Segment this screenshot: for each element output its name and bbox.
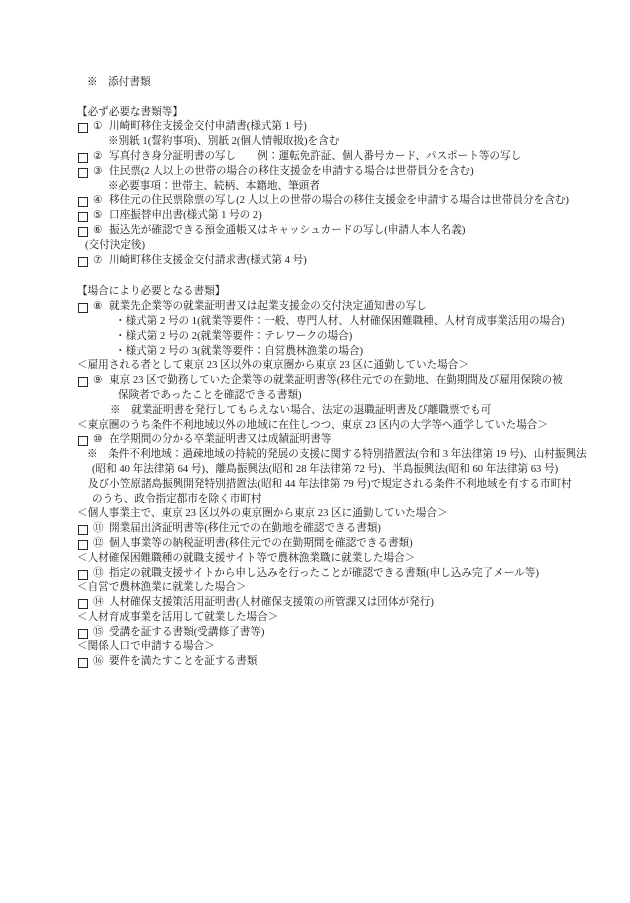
blank-line <box>77 91 587 106</box>
item-text: 要件を満たすことを証する書類 <box>109 656 257 667</box>
item-number: ③ <box>93 165 103 180</box>
item-number: ⑨ <box>93 374 103 389</box>
item-continuation: ※必要事項：世帯主、続柄、本籍地、筆頭者 <box>77 180 587 195</box>
item-number: ⑮ <box>93 626 104 641</box>
item-text: 指定の就職支援サイトから申し込みを行ったことが確認できる書類(申し込み完了メール… <box>109 568 539 579</box>
item-text: 人材確保支援策活用証明書(人材確保支援策の所管課又は団体が発行) <box>109 597 434 608</box>
item-number: ⑫ <box>93 537 104 552</box>
form-variant-bullet: ・様式第 2 号の 3(就業等要件：自営農林漁業の場合) <box>77 345 587 360</box>
note-line: ※ 添付書類 <box>77 76 587 91</box>
item-note: ※ 就業証明書を発行してもらえない場合、法定の退職証明書及び離職票でも可 <box>77 404 587 419</box>
note-continuation: (昭和 40 年法律第 64 号)、離島振興法(昭和 28 年法律第 72 号)… <box>77 463 587 478</box>
note-continuation: 及び小笠原諸島振興開発特別措置法(昭和 44 年法律第 79 号)で規定される条… <box>77 478 587 493</box>
checkbox[interactable] <box>78 197 88 207</box>
checkbox[interactable] <box>78 570 88 580</box>
item-text: 振込先が確認できる預金通帳又はキャッシュカードの写し(申請人本人名義) <box>109 225 465 236</box>
item-text: 開業届出済証明書等(移住元での在勤地を確認できる書類) <box>109 523 381 534</box>
item-text: 川崎町移住支援金交付請求書(様式第 4 号) <box>109 255 307 266</box>
item-text: 就業先企業等の就業証明書又は起業支援金の交付決定通知書の写し <box>109 301 427 312</box>
item-continuation: ※別紙 1(誓約事項)、別紙 2(個人情報取扱)を含む <box>77 135 587 150</box>
item-number: ⑭ <box>93 596 104 611</box>
item-number: ② <box>93 150 103 165</box>
item-number: ⑬ <box>93 567 104 582</box>
form-variant-bullet: ・様式第 2 号の 1(就業等要件：一般、専門人材、人材確保困難職種、人材育成事… <box>77 315 587 330</box>
item-annotation: (交付決定後) <box>77 239 587 254</box>
condition-heading: ＜東京圏のうち条件不利地域以外の地域に在住しつつ、東京 23 区内の大学等へ通学… <box>77 419 587 434</box>
checkbox[interactable] <box>78 377 88 387</box>
checklist-item: ③住民票(2 人以上の世帯の場合の移住支援金を申請する場合は世帯員分を含む) <box>77 165 587 180</box>
checklist-item: ⑭人材確保支援策活用証明書(人材確保支援策の所管課又は団体が発行) <box>77 596 587 611</box>
condition-heading: ＜人材育成事業を活用して就業した場合＞ <box>77 611 587 626</box>
item-number: ⑥ <box>93 224 103 239</box>
section-header: 【場合により必要となる書類】 <box>77 285 587 300</box>
checklist-item: ①川崎町移住支援金交付申請書(様式第 1 号) <box>77 120 587 135</box>
blank-line <box>77 268 587 285</box>
item-text: 写真付き身分証明書の写し 例：運転免許証、個人番号カード、パスポート等の写し <box>109 151 521 162</box>
checkbox[interactable] <box>78 599 88 609</box>
checklist-content: ※ 添付書類【必ず必要な書類等】①川崎町移住支援金交付申請書(様式第 1 号)※… <box>77 76 587 670</box>
checkbox[interactable] <box>78 123 88 133</box>
condition-heading: ＜個人事業主で、東京 23 区以外の東京圏から東京 23 区に通勤していた場合＞ <box>77 507 587 522</box>
condition-heading: ＜人材確保困難職種の就職支援サイト等で農林漁業職に就業した場合＞ <box>77 552 587 567</box>
checklist-item: ⑩在学期間の分かる卒業証明書又は成績証明書等 <box>77 433 587 448</box>
form-variant-bullet: ・様式第 2 号の 2(就業等要件：テレワークの場合) <box>77 330 587 345</box>
note-continuation: のうち、政令指定都市を除く市町村 <box>77 493 587 508</box>
item-text: 東京 23 区で勤務していた企業等の就業証明書等(移住元での在勤地、在勤期間及び… <box>109 375 563 386</box>
checkbox[interactable] <box>78 658 88 668</box>
checklist-item: ⑨東京 23 区で勤務していた企業等の就業証明書等(移住元での在勤地、在勤期間及… <box>77 374 587 389</box>
checkbox[interactable] <box>78 303 88 313</box>
checklist-item: ⑥振込先が確認できる預金通帳又はキャッシュカードの写し(申請人本人名義) <box>77 224 587 239</box>
item-number: ① <box>93 120 103 135</box>
item-number: ⑤ <box>93 209 103 224</box>
item-text: 川崎町移住支援金交付申請書(様式第 1 号) <box>109 121 307 132</box>
item-text: 受講を証する書類(受講修了書等) <box>109 627 264 638</box>
item-number: ⑪ <box>93 522 104 537</box>
item-number: ⑩ <box>93 433 103 448</box>
checklist-item: ②写真付き身分証明書の写し 例：運転免許証、個人番号カード、パスポート等の写し <box>77 150 587 165</box>
checklist-item: ⑮受講を証する書類(受講修了書等) <box>77 626 587 641</box>
item-continuation: 保険者であったことを確認できる書類) <box>77 389 587 404</box>
checkbox[interactable] <box>78 257 88 267</box>
checkbox[interactable] <box>78 212 88 222</box>
item-text: 口座振替申出書(様式第 1 号の 2) <box>109 210 262 221</box>
item-number: ⑯ <box>93 655 104 670</box>
checklist-item: ⑫個人事業等の納税証明書(移住元での在勤期間を確認できる書類) <box>77 537 587 552</box>
item-number: ⑦ <box>93 254 103 269</box>
item-text: 住民票(2 人以上の世帯の場合の移住支援金を申請する場合は世帯員分を含む) <box>109 166 474 177</box>
checkbox[interactable] <box>78 227 88 237</box>
checklist-item: ⑬指定の就職支援サイトから申し込みを行ったことが確認できる書類(申し込み完了メー… <box>77 567 587 582</box>
item-text: 個人事業等の納税証明書(移住元での在勤期間を確認できる書類) <box>109 538 413 549</box>
condition-heading: ＜関係人口で申請する場合＞ <box>77 640 587 655</box>
checkbox[interactable] <box>78 629 88 639</box>
checkbox[interactable] <box>78 525 88 535</box>
checklist-item: ⑯要件を満たすことを証する書類 <box>77 655 587 670</box>
condition-heading: ＜雇用される者として東京 23 区以外の東京圏から東京 23 区に通勤していた場… <box>77 359 587 374</box>
checklist-item: ④移住元の住民票除票の写し(2 人以上の世帯の場合の移住支援金を申請する場合は世… <box>77 194 587 209</box>
checkbox[interactable] <box>78 540 88 550</box>
checklist-item: ⑪開業届出済証明書等(移住元での在勤地を確認できる書類) <box>77 522 587 537</box>
item-number: ⑧ <box>93 300 103 315</box>
item-text: 移住元の住民票除票の写し(2 人以上の世帯の場合の移住支援金を申請する場合は世帯… <box>109 195 569 206</box>
document-page: ※ 添付書類【必ず必要な書類等】①川崎町移住支援金交付申請書(様式第 1 号)※… <box>0 0 630 903</box>
checklist-item: ⑤口座振替申出書(様式第 1 号の 2) <box>77 209 587 224</box>
checklist-item: ⑧就業先企業等の就業証明書又は起業支援金の交付決定通知書の写し <box>77 300 587 315</box>
checkbox[interactable] <box>78 153 88 163</box>
checkbox[interactable] <box>78 168 88 178</box>
item-number: ④ <box>93 194 103 209</box>
note-line: ※ 条件不利地域：過疎地域の持続的発展の支援に関する特別措置法(令和 3 年法律… <box>77 448 587 463</box>
section-header: 【必ず必要な書類等】 <box>77 106 587 121</box>
checklist-item: ⑦川崎町移住支援金交付請求書(様式第 4 号) <box>77 254 587 269</box>
checkbox[interactable] <box>78 436 88 446</box>
item-text: 在学期間の分かる卒業証明書又は成績証明書等 <box>109 434 331 445</box>
condition-heading: ＜自営で農林漁業に就業した場合＞ <box>77 581 587 596</box>
